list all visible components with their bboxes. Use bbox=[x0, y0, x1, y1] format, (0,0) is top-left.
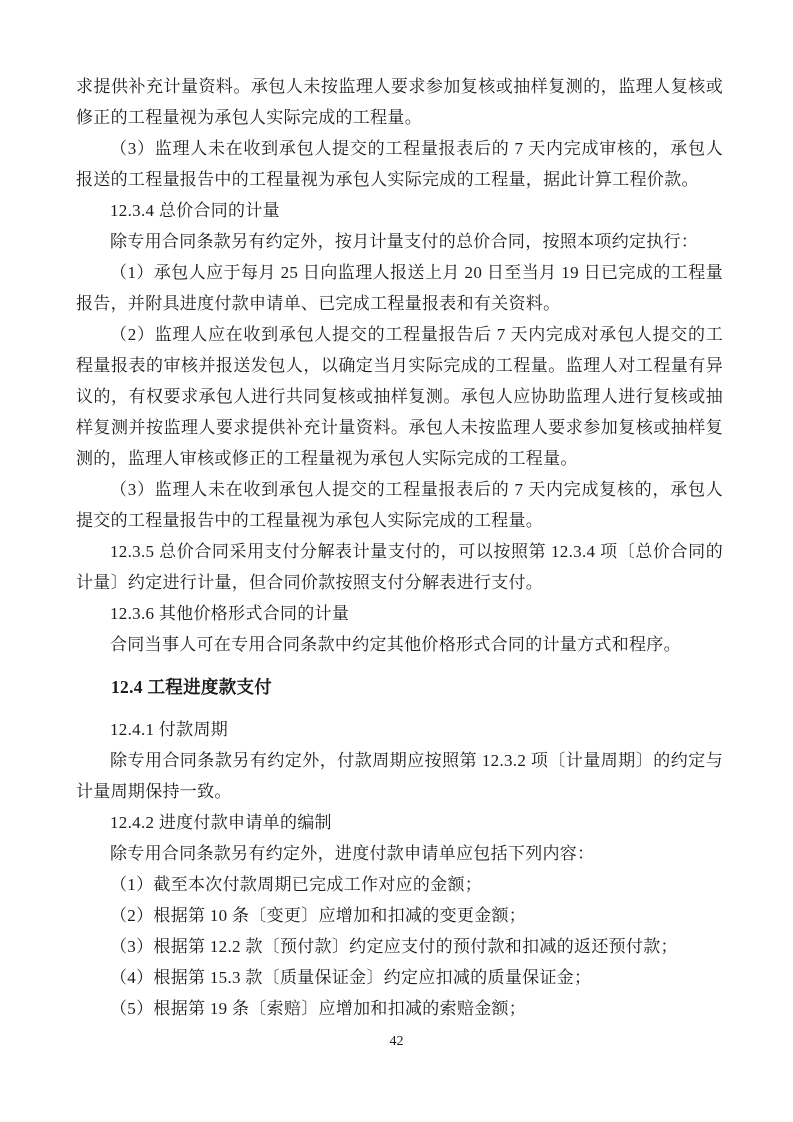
paragraph: （2）监理人应在收到承包人提交的工程量报告后 7 天内完成对承包人提交的工程量报… bbox=[76, 319, 723, 474]
paragraph: （5）根据第 19 条〔索赔〕应增加和扣减的索赔金额； bbox=[76, 993, 723, 1024]
paragraph: 12.3.4 总价合同的计量 bbox=[76, 195, 723, 226]
paragraph: 12.4.1 付款周期 bbox=[76, 714, 723, 745]
paragraph: 除专用合同条款另有约定外，进度付款申请单应包括下列内容： bbox=[76, 838, 723, 869]
page-number: 42 bbox=[390, 1034, 404, 1049]
paragraph: 12.4.2 进度付款申请单的编制 bbox=[76, 807, 723, 838]
paragraph: （4）根据第 15.3 款〔质量保证金〕约定应扣减的质量保证金； bbox=[76, 962, 723, 993]
paragraph: （3）监理人未在收到承包人提交的工程量报表后的 7 天内完成审核的，承包人报送的… bbox=[76, 133, 723, 195]
paragraph: （3）根据第 12.2 款〔预付款〕约定应支付的预付款和扣减的返还预付款； bbox=[76, 931, 723, 962]
page-footer: 42 bbox=[0, 1032, 793, 1052]
section-heading: 12.4 工程进度款支付 bbox=[76, 672, 723, 703]
paragraph: 除专用合同条款另有约定外，付款周期应按照第 12.3.2 项〔计量周期〕的约定与… bbox=[76, 745, 723, 807]
paragraph: （3）监理人未在收到承包人提交的工程量报表后的 7 天内完成复核的，承包人提交的… bbox=[76, 474, 723, 536]
paragraph: （2）根据第 10 条〔变更〕应增加和扣减的变更金额； bbox=[76, 900, 723, 931]
paragraph: 除专用合同条款另有约定外，按月计量支付的总价合同，按照本项约定执行： bbox=[76, 226, 723, 257]
paragraph: （1）承包人应于每月 25 日向监理人报送上月 20 日至当月 19 日已完成的… bbox=[76, 257, 723, 319]
paragraph: （1）截至本次付款周期已完成工作对应的金额； bbox=[76, 869, 723, 900]
document-body: 求提供补充计量资料。承包人未按监理人要求参加复核或抽样复测的，监理人复核或修正的… bbox=[76, 71, 723, 1024]
paragraph: 求提供补充计量资料。承包人未按监理人要求参加复核或抽样复测的，监理人复核或修正的… bbox=[76, 71, 723, 133]
paragraph: 12.3.5 总价合同采用支付分解表计量支付的，可以按照第 12.3.4 项〔总… bbox=[76, 536, 723, 598]
paragraph: 12.3.6 其他价格形式合同的计量 bbox=[76, 598, 723, 629]
paragraph: 合同当事人可在专用合同条款中约定其他价格形式合同的计量方式和程序。 bbox=[76, 629, 723, 660]
document-page: 求提供补充计量资料。承包人未按监理人要求参加复核或抽样复测的，监理人复核或修正的… bbox=[0, 0, 793, 1122]
